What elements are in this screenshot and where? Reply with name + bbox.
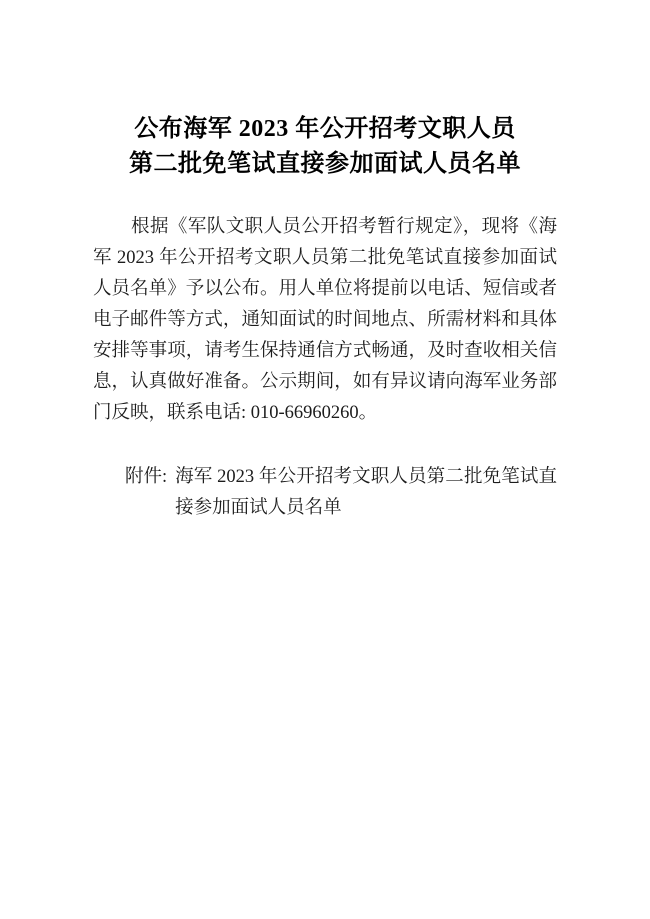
document-page: 公布海军 2023 年公开招考文职人员 第二批免笔试直接参加面试人员名单 根据《… xyxy=(0,0,650,919)
attachment-line: 附件: 海军 2023 年公开招考文职人员第二批免笔试直接参加面试人员名单 xyxy=(125,462,557,524)
attachment-label: 附件: xyxy=(125,462,167,524)
title-line-2: 第二批免笔试直接参加面试人员名单 xyxy=(93,147,557,182)
document-title: 公布海军 2023 年公开招考文职人员 第二批免笔试直接参加面试人员名单 xyxy=(93,112,557,182)
document-body: { "page": { "background_color": "#ffffff… xyxy=(0,0,650,919)
attachment-title: 海军 2023 年公开招考文职人员第二批免笔试直接参加面试人员名单 xyxy=(175,462,557,524)
body-paragraph: 根据《军队文职人员公开招考暂行规定》，现将《海军 2023 年公开招考文职人员第… xyxy=(93,212,557,429)
title-line-1: 公布海军 2023 年公开招考文职人员 xyxy=(93,112,557,147)
